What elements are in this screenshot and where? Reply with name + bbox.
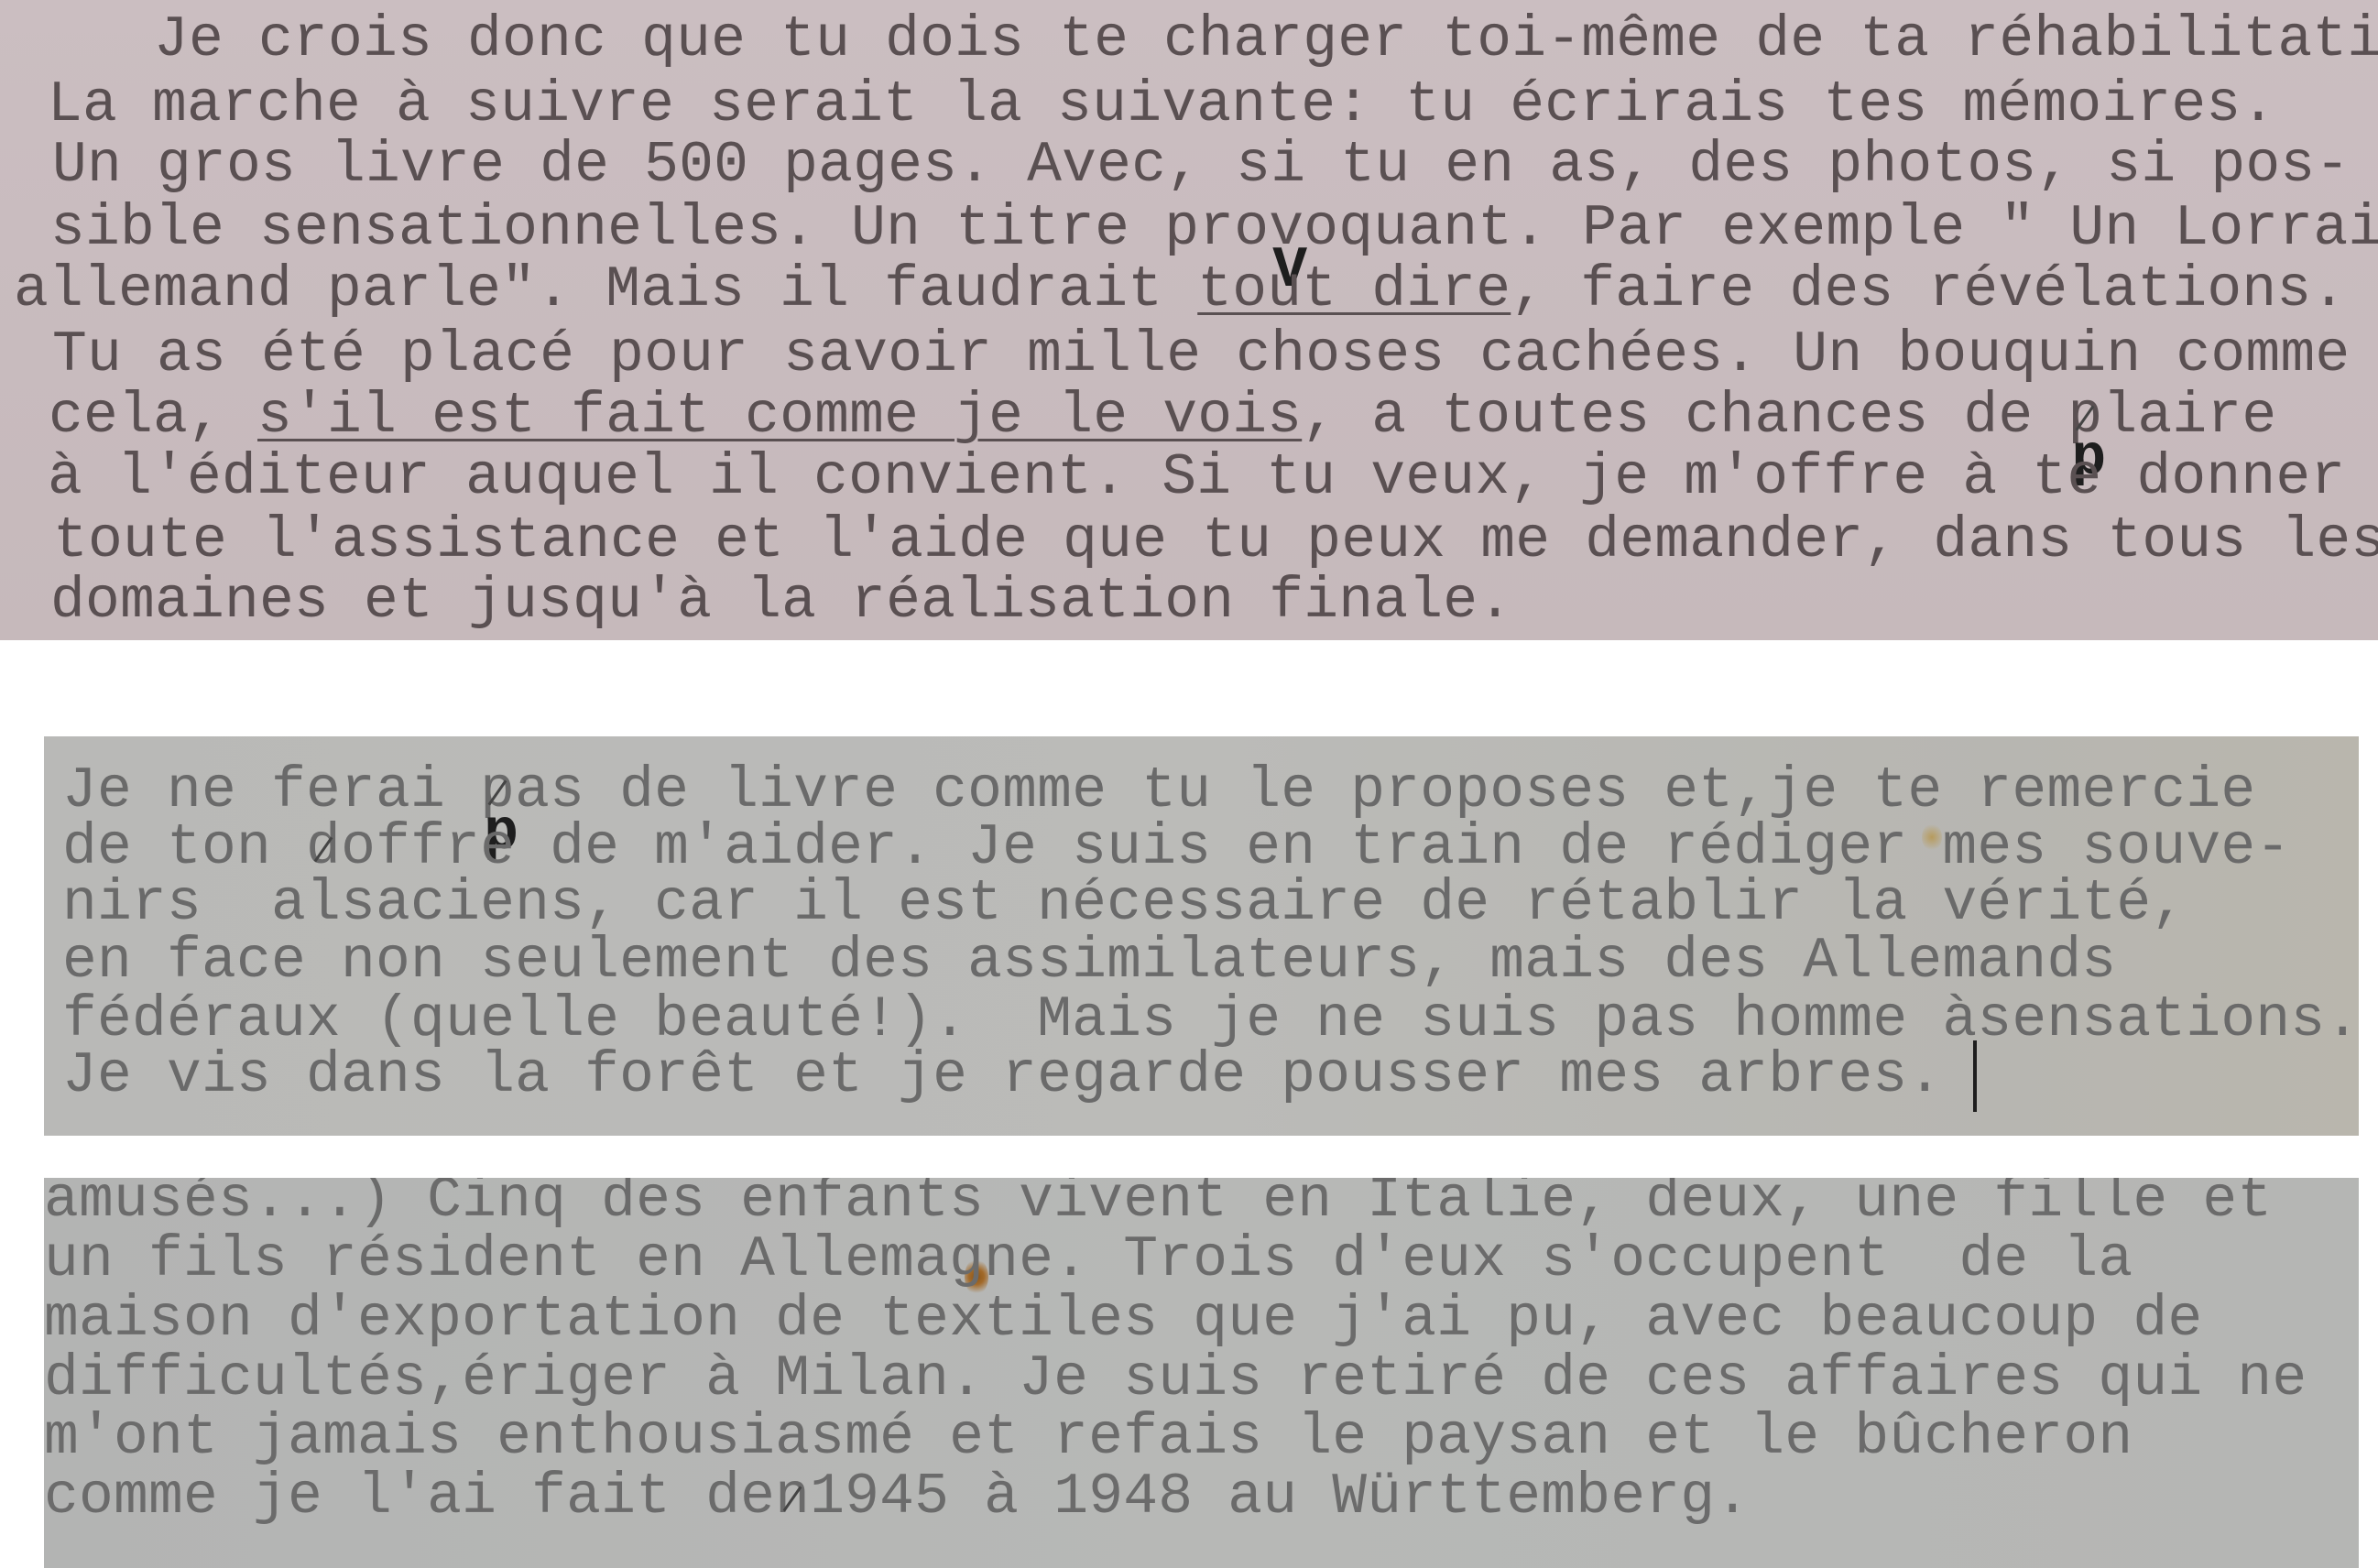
struck-character: n (775, 1465, 810, 1530)
typed-text: 1945 à 1948 au Württemberg. (810, 1465, 1750, 1530)
typed-text: La marche à suivre serait la suivante: t… (48, 72, 2275, 137)
text-line: amusés...) Cinq des enfants vivent en It… (44, 1178, 2272, 1229)
text-line: Je crois donc que tu dois te charger toi… (154, 11, 2378, 69)
typed-text: toute l'assistance et l'aide que tu peux… (53, 508, 2378, 573)
text-line: La marche à suivre serait la suivante: t… (48, 76, 2275, 134)
typed-text: laire (2102, 384, 2276, 449)
typed-text: maison d'exportation de textiles que j'a… (44, 1287, 2202, 1352)
typed-text: Je vis dans la forêt et je regarde pouss… (62, 1043, 1942, 1108)
text-line: Un gros livre de 500 pages. Avec, si tu … (52, 136, 2350, 194)
typed-text: à l'éditeur auquel il convient. Si tu ve… (48, 445, 2345, 510)
text-line: nirs alsaciens, car il est nécessaire de… (62, 875, 2186, 932)
text-line: sible sensationnelles. Un titre provVoqu… (50, 200, 2378, 257)
text-line: toute l'assistance et l'aide que tu peux… (53, 512, 2378, 570)
text-line: cela, s'il est fait comme je le vois, a … (49, 387, 2276, 445)
letter-excerpt-3: amusés...) Cinq des enfants vivent en It… (44, 1178, 2359, 1568)
text-line: maison d'exportation de textiles que j'a… (44, 1290, 2202, 1348)
typed-text: Tu as été placé pour savoir mille choses… (52, 322, 2350, 387)
text-line: domaines et jusqu'à la réalisation final… (50, 572, 1512, 630)
typed-text: m'ont jamais enthousiasmé et refais le p… (44, 1405, 2133, 1470)
typed-text: sible sensationnelles. Un titre pro (50, 196, 1269, 261)
typed-text: amusés...) Cinq des enfants vivent en It… (44, 1178, 2272, 1233)
letter-excerpt-2: Je ne ferai ppas de livre comme tu le pr… (44, 736, 2359, 1136)
typed-text: allemand parle". Mais il faudrait (14, 257, 1197, 322)
typed-text: en face non seulement des assimilateurs,… (62, 929, 2116, 994)
typed-text: domaines et jusqu'à la réalisation final… (50, 569, 1512, 634)
typed-text: Un gros livre de 500 pages. Avec, si tu … (52, 133, 2350, 198)
typed-text: Je crois donc que tu dois te charger toi… (154, 7, 2378, 72)
typed-text: cela, (49, 384, 257, 449)
text-line: Tu as été placé pour savoir mille choses… (52, 326, 2350, 384)
typed-text: comme je l'ai fait de (44, 1465, 775, 1530)
typed-text: , a toutes chances de (1302, 384, 2067, 449)
underlined-text: tout dire (1197, 257, 1511, 322)
letter-excerpt-1: Je crois donc que tu dois te charger toi… (0, 0, 2378, 640)
text-line: comme je l'ai fait den1945 à 1948 au Wür… (44, 1468, 1750, 1526)
text-line: un fils résident en Allemagne. Trois d'e… (44, 1231, 2133, 1289)
text-line: de ton doffre de m'aider. Je suis en tra… (62, 819, 2290, 877)
text-line: fédéraux (quelle beauté!). Mais je ne su… (62, 991, 2359, 1049)
typed-text: Je ne ferai (62, 758, 480, 823)
typed-text: difficultés,ériger à Milan. Je suis reti… (44, 1346, 2307, 1411)
text-line: Je ne ferai ppas de livre comme tu le pr… (62, 762, 2255, 820)
text-line: en face non seulement des assimilateurs,… (62, 932, 2116, 990)
typed-text: un fils résident en Allemagne. Trois d'e… (44, 1227, 2133, 1292)
typed-text: oquant. Par exemple " Un Lorrain (1304, 196, 2378, 261)
underlined-text: s'il est fait comme je le vois (257, 384, 1302, 449)
text-line: difficultés,ériger à Milan. Je suis reti… (44, 1350, 2307, 1408)
typed-text: nirs alsaciens, car il est nécessaire de… (62, 871, 2186, 936)
text-line: m'ont jamais enthousiasmé et refais le p… (44, 1409, 2133, 1466)
text-line: allemand parle". Mais il faudrait tout d… (14, 261, 2346, 319)
text-line: à l'éditeur auquel il convient. Si tu ve… (48, 449, 2345, 506)
typed-text: , faire des révélations. (1511, 257, 2346, 322)
typed-text: sensations. (1977, 987, 2359, 1052)
text-line: Je vis dans la forêt et je regarde pouss… (62, 1047, 1942, 1105)
typed-text: as de livre comme tu le proposes et,je t… (515, 758, 2255, 823)
